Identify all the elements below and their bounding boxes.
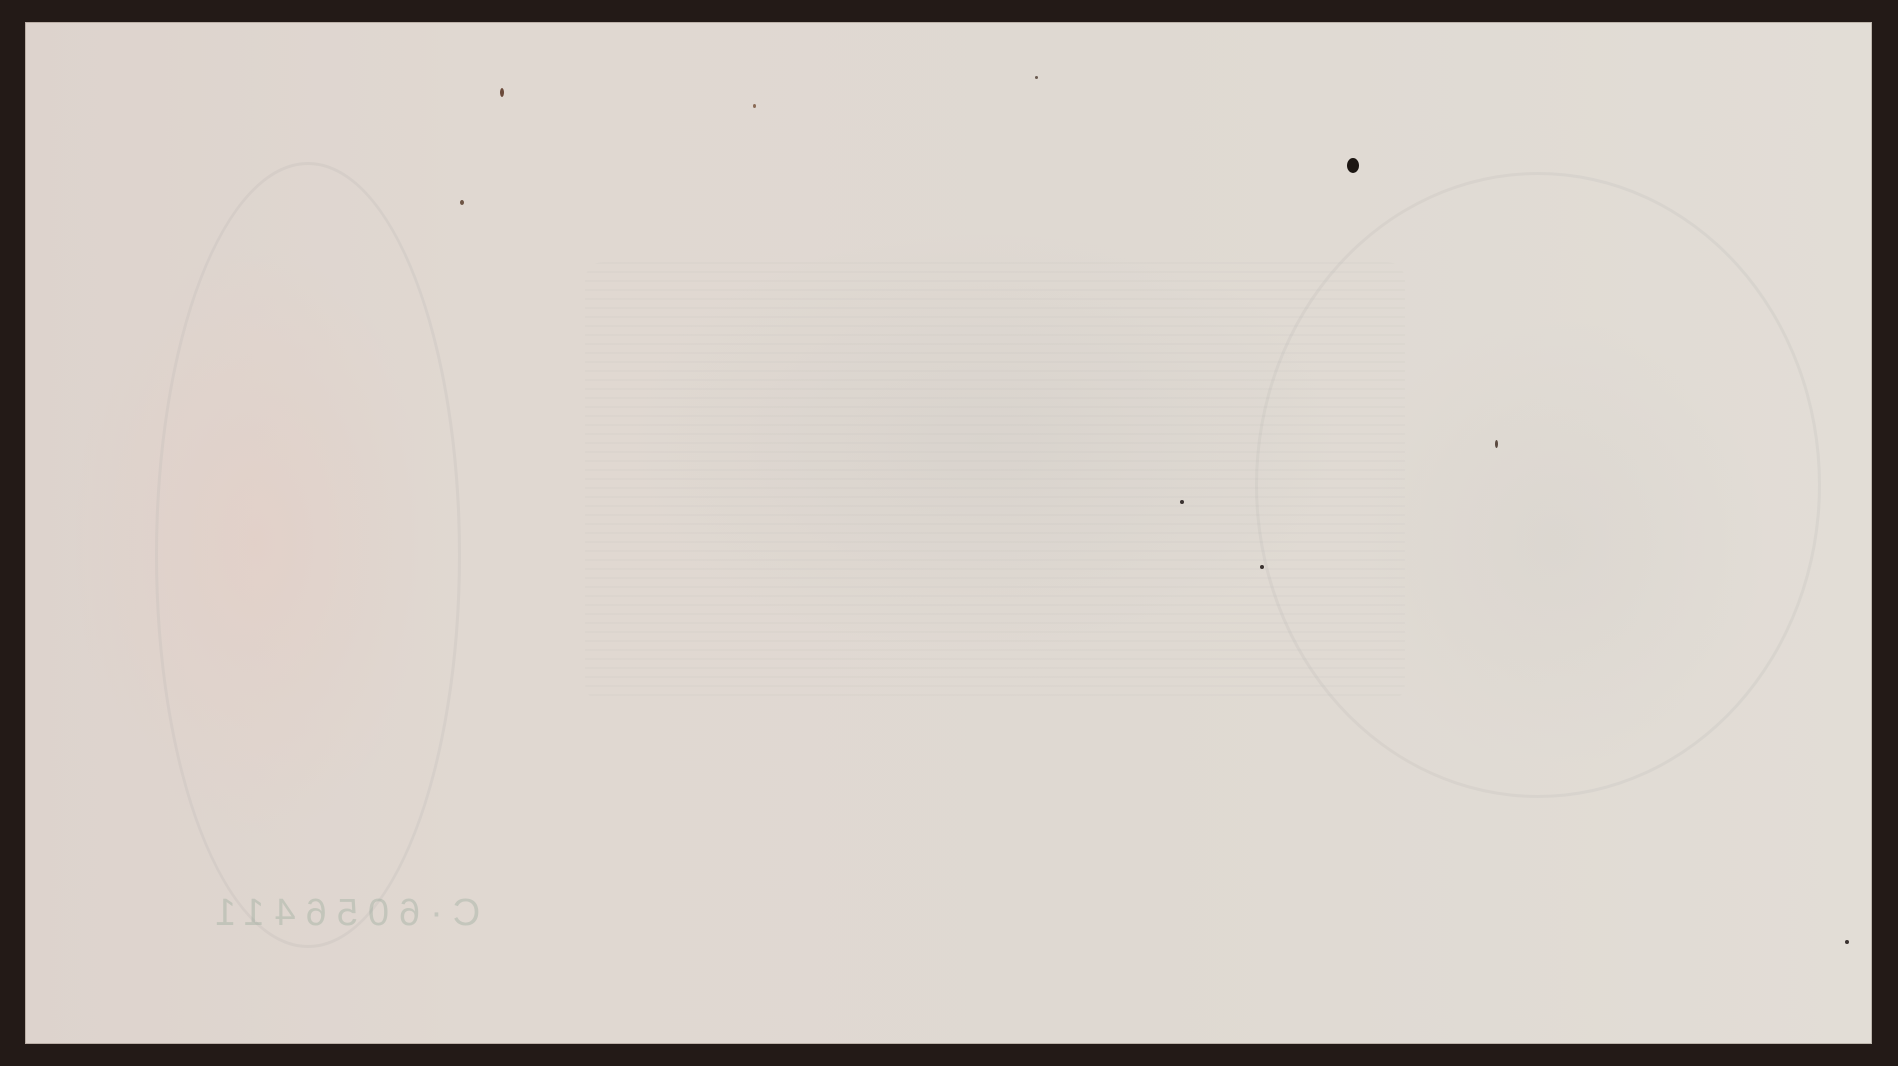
show-through-center-text-block <box>585 262 1405 702</box>
paper-speck <box>1845 940 1849 944</box>
paper-speck <box>460 200 464 205</box>
show-through-serial-number: C·6056411 <box>205 892 480 935</box>
paper-speck <box>1260 565 1264 569</box>
paper-speck <box>1180 500 1184 504</box>
paper-speck <box>753 104 756 108</box>
show-through-left-oval <box>155 162 461 948</box>
paper-speck <box>1495 440 1498 448</box>
paper-speck <box>500 88 504 97</box>
show-through-right-medallion <box>1255 172 1821 798</box>
paper-speck <box>1347 158 1359 173</box>
banknote-reverse: C·6056411 <box>25 22 1872 1044</box>
paper-speck <box>1035 76 1038 79</box>
